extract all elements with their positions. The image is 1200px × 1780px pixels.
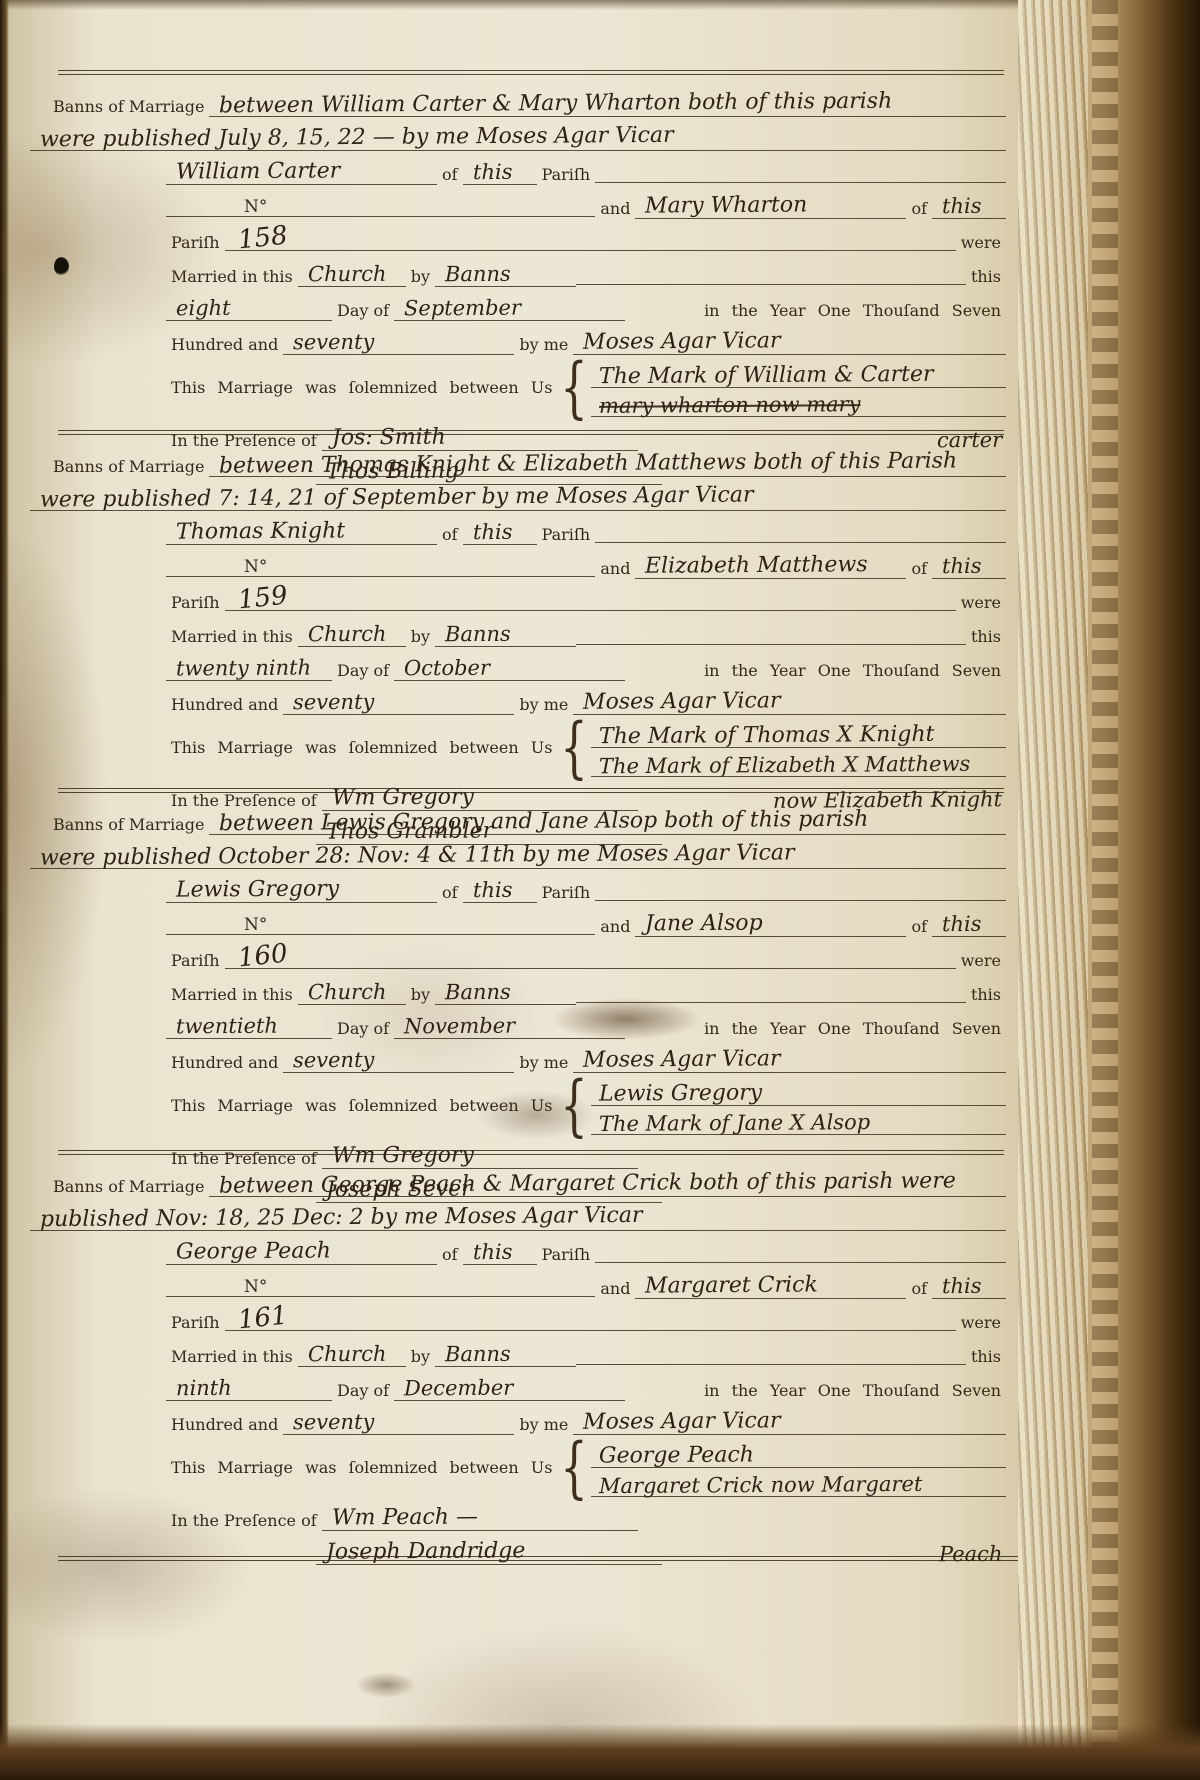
- groom-signature: George Peach: [599, 1444, 754, 1467]
- by-label: by: [406, 628, 435, 647]
- parish-label: Pariſh: [166, 1314, 225, 1333]
- groom-name: Lewis Gregory: [176, 878, 339, 901]
- day-line: ninth Day of December in the Year One Th…: [166, 1371, 1006, 1401]
- bride-parish: this: [942, 196, 982, 217]
- married-line: Married in this Church by Banns this: [166, 257, 1006, 287]
- of-label: of: [906, 200, 932, 219]
- published-text: were published July 8, 15, 22 — by me Mo…: [40, 125, 674, 151]
- register-page: Banns of Marriage between William Carter…: [6, 0, 1018, 1780]
- entry-number: 158: [237, 220, 290, 255]
- married-in-this-label: Married in this: [166, 628, 298, 647]
- marriage-entry-161: Banns of Marriage between George Peach &…: [16, 1150, 1018, 1569]
- were-label: were: [956, 952, 1006, 971]
- groom-signature: The Mark of William & Carter: [599, 364, 934, 388]
- groom-line: Lewis Gregory of this Pariſh: [166, 873, 1006, 903]
- solemnized-label: This Marriage was ſolemnized between Us: [166, 379, 557, 398]
- banns-line: Banns of Marriage between William Carter…: [48, 83, 1006, 117]
- groom-line: William Carter of this Pariſh: [166, 155, 1006, 185]
- page-top-shadow: [6, 0, 1018, 10]
- year-value: seventy: [293, 1412, 374, 1434]
- and-label: and: [595, 200, 635, 219]
- parish-were-line: 159 Pariſh were: [166, 583, 1006, 613]
- divider-rule: [58, 70, 1004, 75]
- parish-were-line: 161 Pariſh were: [166, 1303, 1006, 1333]
- of-label: of: [906, 1280, 932, 1299]
- officiant-name: Moses Agar Vicar: [583, 690, 781, 713]
- bride-line: N° and Jane Alsop of this: [166, 907, 1006, 937]
- entry-number: 160: [237, 938, 290, 973]
- method-value: Banns: [445, 264, 511, 285]
- bride-parish: this: [942, 1276, 982, 1297]
- officiant-name: Moses Agar Vicar: [583, 330, 781, 353]
- blank-line: [166, 1296, 595, 1297]
- bride-signature: Margaret Crick now Margaret: [599, 1474, 922, 1497]
- published-line: were published October 28: Nov: 4 & 11th…: [30, 839, 1006, 869]
- bride-name: Mary Wharton: [645, 194, 807, 217]
- month-value: November: [404, 1016, 515, 1038]
- bride-signature: The Mark of Elizabeth X Matthews: [599, 754, 970, 778]
- groom-parish: this: [472, 880, 512, 901]
- blank-line: [595, 900, 1006, 901]
- marriage-entry-158: Banns of Marriage between William Carter…: [16, 70, 1018, 489]
- banns-of-marriage-label: Banns of Marriage: [48, 816, 209, 835]
- by-label: by: [406, 268, 435, 287]
- bride-signature: The Mark of Jane X Alsop: [599, 1112, 870, 1135]
- place-value: Church: [308, 264, 387, 286]
- and-label: and: [595, 560, 635, 579]
- divider-rule: [58, 430, 1004, 435]
- hundred-and-label: Hundred and: [166, 1416, 283, 1435]
- this-label: this: [966, 986, 1006, 1005]
- parish-label: Pariſh: [537, 884, 596, 903]
- published-line: were published July 8, 15, 22 — by me Mo…: [30, 121, 1006, 151]
- banns-of-marriage-label: Banns of Marriage: [48, 458, 209, 477]
- blank-line: [576, 284, 966, 285]
- bride-name: Jane Alsop: [645, 913, 763, 936]
- parish-were-line: 158 Pariſh were: [166, 223, 1006, 253]
- of-label: of: [906, 560, 932, 579]
- solemnized-line: This Marriage was ſolemnized between Us …: [166, 1439, 1006, 1497]
- groom-parish: this: [472, 522, 512, 543]
- married-line: Married in this Church by Banns this: [166, 617, 1006, 647]
- groom-signature: Lewis Gregory: [599, 1082, 762, 1105]
- banns-line: Banns of Marriage between Lewis Gregory …: [48, 801, 1006, 835]
- no-label: N°: [244, 1277, 267, 1297]
- parish-label: Pariſh: [166, 234, 225, 253]
- day-line: twenty ninth Day of October in the Year …: [166, 651, 1006, 681]
- bride-name: Margaret Crick: [645, 1274, 818, 1297]
- day-of-label: Day of: [332, 662, 394, 681]
- of-label: of: [437, 526, 463, 545]
- place-value: Church: [308, 982, 387, 1004]
- year-label: in the Year One Thouſand Seven: [699, 302, 1006, 321]
- blank-line: [225, 968, 956, 969]
- published-text: published Nov: 18, 25 Dec: 2 by me Moses…: [40, 1205, 643, 1231]
- method-value: Banns: [445, 624, 511, 645]
- book-bottom-edge: [0, 1724, 1200, 1780]
- and-label: and: [595, 918, 635, 937]
- day-value: twentieth: [176, 1016, 278, 1038]
- by-label: by: [406, 986, 435, 1005]
- presence-line: In the Preſence of Wm Peach —: [166, 1501, 1006, 1531]
- published-text: were published October 28: Nov: 4 & 11th…: [40, 842, 795, 869]
- no-label: N°: [244, 915, 267, 935]
- groom-parish: this: [472, 162, 512, 183]
- year-value: seventy: [293, 1050, 374, 1072]
- officiant-name: Moses Agar Vicar: [583, 1048, 781, 1071]
- entry-number: 161: [237, 1300, 290, 1335]
- banns-line: Banns of Marriage between Thomas Knight …: [48, 443, 1006, 477]
- groom-name: George Peach: [176, 1240, 331, 1263]
- book-left-edge: [0, 0, 9, 1780]
- blank-line: [595, 1262, 1006, 1263]
- bride-line: N° and Elizabeth Matthews of this: [166, 549, 1006, 579]
- method-value: Banns: [445, 982, 511, 1003]
- divider-rule: [58, 1150, 1004, 1155]
- solemnized-line: This Marriage was ſolemnized between Us …: [166, 359, 1006, 417]
- no-label: N°: [244, 557, 267, 577]
- place-value: Church: [308, 624, 387, 646]
- groom-line: Thomas Knight of this Pariſh: [166, 515, 1006, 545]
- of-label: of: [906, 918, 932, 937]
- published-line: were published 7: 14, 21 of September by…: [30, 481, 1006, 511]
- blank-line: [166, 216, 595, 217]
- day-of-label: Day of: [332, 1382, 394, 1401]
- method-value: Banns: [445, 1344, 511, 1365]
- groom-name: Thomas Knight: [176, 520, 345, 543]
- signatures: The Mark of Thomas X Knight The Mark of …: [591, 719, 1006, 777]
- solemnized-label: This Marriage was ſolemnized between Us: [166, 739, 557, 758]
- year-label: in the Year One Thouſand Seven: [699, 1382, 1006, 1401]
- banns-of-marriage-label: Banns of Marriage: [48, 1178, 209, 1197]
- banns-line: Banns of Marriage between George Peach &…: [48, 1163, 1006, 1197]
- married-line: Married in this Church by Banns this: [166, 1337, 1006, 1367]
- this-label: this: [966, 628, 1006, 647]
- parish-label: Pariſh: [166, 594, 225, 613]
- were-label: were: [956, 1314, 1006, 1333]
- and-label: and: [595, 1280, 635, 1299]
- brace-glyph: {: [561, 1440, 588, 1496]
- signatures: The Mark of William & Carter mary wharto…: [591, 359, 1006, 417]
- signatures: George Peach Margaret Crick now Margaret: [591, 1439, 1006, 1497]
- signatures: Lewis Gregory The Mark of Jane X Alsop: [591, 1077, 1006, 1135]
- groom-line: George Peach of this Pariſh: [166, 1235, 1006, 1265]
- solemnized-label: This Marriage was ſolemnized between Us: [166, 1459, 557, 1478]
- parish-label: Pariſh: [537, 1246, 596, 1265]
- by-label: by: [406, 1348, 435, 1367]
- of-label: of: [437, 166, 463, 185]
- brace-glyph: {: [561, 360, 588, 416]
- banns-of-marriage-label: Banns of Marriage: [48, 98, 209, 117]
- solemnized-line: This Marriage was ſolemnized between Us …: [166, 719, 1006, 777]
- hundred-and-label: Hundred and: [166, 696, 283, 715]
- book-right-edge: [1018, 0, 1200, 1780]
- register-photo: Banns of Marriage between William Carter…: [0, 0, 1200, 1780]
- parish-label: Pariſh: [166, 952, 225, 971]
- ink-smudge: [356, 1672, 416, 1698]
- groom-parish: this: [472, 1242, 512, 1263]
- bride-parish: this: [942, 914, 982, 935]
- divider-rule: [58, 788, 1004, 793]
- published-line: published Nov: 18, 25 Dec: 2 by me Moses…: [30, 1201, 1006, 1231]
- blank-line: [225, 610, 956, 611]
- place-value: Church: [308, 1344, 387, 1366]
- groom-name: William Carter: [176, 160, 340, 183]
- day-of-label: Day of: [332, 1020, 394, 1039]
- hundred-and-label: Hundred and: [166, 336, 283, 355]
- brace-glyph: {: [561, 720, 588, 776]
- blank-line: [576, 644, 966, 645]
- marriage-entry-160: Banns of Marriage between Lewis Gregory …: [16, 788, 1018, 1207]
- binding-crease: [1092, 0, 1118, 1780]
- blank-line: [595, 542, 1006, 543]
- bride-line: N° and Mary Wharton of this: [166, 189, 1006, 219]
- bride-signature: mary wharton now mary: [599, 394, 861, 417]
- were-label: were: [956, 234, 1006, 253]
- blank-line: [166, 934, 595, 935]
- day-value: eight: [176, 298, 231, 319]
- day-of-label: Day of: [332, 302, 394, 321]
- day-line: eight Day of September in the Year One T…: [166, 291, 1006, 321]
- this-label: this: [966, 268, 1006, 287]
- officiant-name: Moses Agar Vicar: [583, 1410, 781, 1433]
- no-label: N°: [244, 197, 267, 217]
- ink-smudge: [551, 998, 701, 1040]
- this-label: this: [966, 1348, 1006, 1367]
- married-in-this-label: Married in this: [166, 1348, 298, 1367]
- banns-couple-text: between Lewis Gregory and Jane Alsop bot…: [219, 809, 869, 836]
- blank-line: [225, 250, 956, 251]
- of-label: of: [437, 884, 463, 903]
- year-label: in the Year One Thouſand Seven: [699, 662, 1006, 681]
- month-value: December: [404, 1378, 513, 1400]
- month-value: October: [404, 658, 490, 680]
- blank-line: [225, 1330, 956, 1331]
- year-value: seventy: [293, 692, 374, 714]
- witness1-name: Wm Peach —: [332, 1506, 478, 1529]
- hundred-and-label: Hundred and: [166, 1054, 283, 1073]
- parish-were-line: 160 Pariſh were: [166, 941, 1006, 971]
- page-hole: [54, 257, 69, 276]
- year-value: seventy: [293, 332, 374, 354]
- bride-name: Elizabeth Matthews: [645, 554, 868, 578]
- of-label: of: [437, 1246, 463, 1265]
- banns-couple-text: between Thomas Knight & Elizabeth Matthe…: [219, 450, 957, 477]
- bride-line: N° and Margaret Crick of this: [166, 1269, 1006, 1299]
- were-label: were: [956, 594, 1006, 613]
- blank-line: [595, 182, 1006, 183]
- page-leaves-texture: [1018, 0, 1088, 1780]
- entry-number: 159: [237, 580, 290, 615]
- bride-parish: this: [942, 556, 982, 577]
- month-value: September: [404, 298, 521, 320]
- year-label: in the Year One Thouſand Seven: [699, 1020, 1006, 1039]
- married-in-this-label: Married in this: [166, 268, 298, 287]
- groom-signature: The Mark of Thomas X Knight: [599, 724, 935, 748]
- presence-label: In the Preſence of: [166, 1512, 322, 1531]
- blank-line: [166, 576, 595, 577]
- divider-rule: [58, 1556, 1018, 1564]
- published-text: were published 7: 14, 21 of September by…: [40, 485, 754, 512]
- parish-label: Pariſh: [537, 526, 596, 545]
- day-value: twenty ninth: [176, 658, 311, 680]
- day-value: ninth: [176, 1378, 232, 1399]
- ink-smudge: [476, 1090, 596, 1140]
- married-in-this-label: Married in this: [166, 986, 298, 1005]
- banns-couple-text: between George Peach & Margaret Crick bo…: [219, 1170, 956, 1197]
- blank-line: [576, 1364, 966, 1365]
- parish-label: Pariſh: [537, 166, 596, 185]
- marriage-entry-159: Banns of Marriage between Thomas Knight …: [16, 430, 1018, 849]
- banns-couple-text: between William Carter & Mary Wharton bo…: [219, 91, 892, 118]
